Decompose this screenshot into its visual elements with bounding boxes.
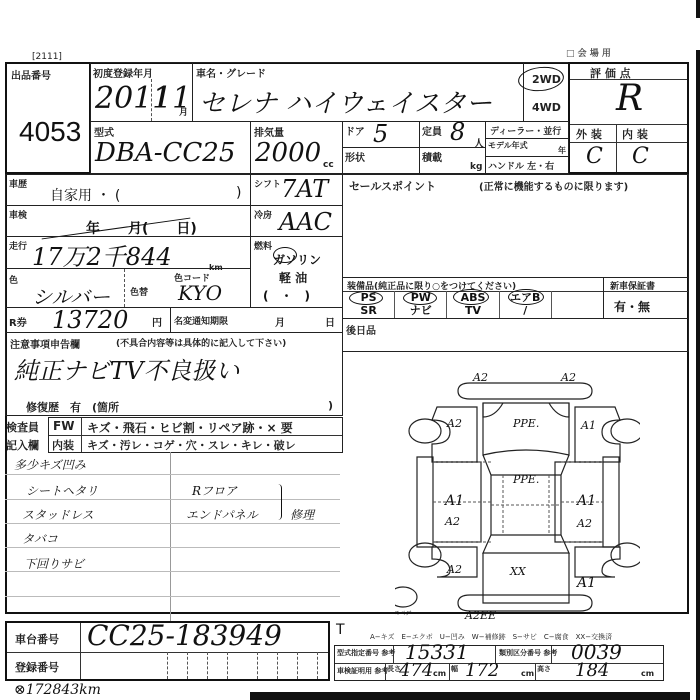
svg-text:A1: A1 xyxy=(575,575,596,591)
history-value: 自家用 ・ ( xyxy=(50,185,120,205)
note-suffix: 修理 xyxy=(290,506,314,523)
interior-label: 内 装 xyxy=(622,126,648,142)
lot-number-label: 出品番号 xyxy=(11,67,51,82)
svg-text:A2: A2 xyxy=(446,417,462,430)
bottom-edge-bar xyxy=(250,692,690,700)
chassis-number: CC25-183949 xyxy=(87,619,282,652)
selected-circle xyxy=(273,247,297,263)
svg-text:スペア: スペア xyxy=(395,610,412,617)
svg-text:A2: A2 xyxy=(560,371,576,384)
drive-4wd: 4WD xyxy=(532,101,561,114)
svg-text:A2: A2 xyxy=(576,517,592,530)
equipment-box: 装備品(純正品に限り○をつけてください) PSSR PWナビ ABSTV エアB… xyxy=(342,277,604,319)
color-box: 色 シルバー 色替 色コード KYO xyxy=(5,268,251,308)
footer-mileage: ⊗172843km xyxy=(14,682,101,698)
inspection-expiry: 年 月( 日) xyxy=(86,218,197,238)
venue-use-header: □ 会 場 用 xyxy=(566,46,611,59)
interior-grade: C xyxy=(632,144,649,169)
fuel-diesel: 軽 油 xyxy=(279,269,307,286)
inspection-expiry-box: 車検 年 月( 日) xyxy=(5,205,251,237)
model-year-box: モデル年式 年 xyxy=(485,138,569,157)
svg-text:PPE.: PPE. xyxy=(512,473,539,486)
note-line: タバコ xyxy=(22,530,58,547)
model-code-label: 型式 xyxy=(94,124,114,139)
warranty-value: 有・無 xyxy=(614,298,650,315)
note-line: 多少キズ凹み xyxy=(14,456,86,473)
equipment-item: PSSR xyxy=(343,291,395,318)
model-code: DBA-CC25 xyxy=(95,138,235,168)
recycle-fee: 13720 xyxy=(52,306,128,334)
model-code-box: 型式 DBA-CC25 xyxy=(90,121,251,174)
lot-number-box: 出品番号 4053 xyxy=(5,62,91,174)
dealer-box: ディーラー・並行 xyxy=(485,121,569,139)
lot-number: 4053 xyxy=(19,116,81,148)
fw-items: キズ・飛石・ヒビ割・リペア跡・× 要 xyxy=(87,419,293,436)
width: 172 xyxy=(465,660,499,681)
capacity: 8 xyxy=(450,118,465,146)
ac: AAC xyxy=(279,208,332,236)
interior-items: キズ・汚レ・コゲ・穴・スレ・キレ・破レ xyxy=(87,437,296,453)
equipment-item: PWナビ xyxy=(395,291,447,318)
mileage: 17万2千844 xyxy=(32,237,172,272)
after-items-box: 後日品 xyxy=(342,318,689,352)
color-code: KYO xyxy=(178,281,222,305)
svg-text:A2EE: A2EE xyxy=(464,609,496,620)
displacement-label: 排気量 xyxy=(254,124,284,139)
equipment-item: ABSTV xyxy=(447,291,499,318)
score-value: R xyxy=(616,78,643,119)
form-code: [2111] xyxy=(32,52,62,62)
mileage-box: 走行 17万2千844 km xyxy=(5,236,251,269)
car-name-label: 車名・グレード xyxy=(196,65,266,80)
recycle-box: R券 13720 円 xyxy=(5,307,171,333)
doors: 5 xyxy=(373,120,388,148)
drive-type-box: 2WD 4WD xyxy=(523,62,569,122)
first-registration-box: 初度登録年月 2011 11 月 xyxy=(90,62,193,122)
height: 184 xyxy=(575,660,609,681)
svg-text:A1: A1 xyxy=(443,493,464,509)
shift-box: シフト 7AT xyxy=(250,174,343,206)
equipment-item-empty xyxy=(552,291,603,318)
ac-box: 冷房 AAC xyxy=(250,205,343,237)
car-name-box: 車名・グレード セレナ ハイウェイスター xyxy=(192,62,524,122)
history-box: 車歴 自家用 ・ ( ) xyxy=(5,174,251,206)
shift: 7AT xyxy=(281,175,328,203)
exterior-grade: C xyxy=(586,144,603,169)
name-change-box: 名変通知期限 月 日 xyxy=(170,307,343,333)
svg-text:PPE.: PPE. xyxy=(512,417,539,430)
capacity-box: 定員 8 人 xyxy=(419,121,486,148)
svg-text:A1: A1 xyxy=(575,493,596,509)
note-line: スタッドレス xyxy=(22,506,94,523)
note-line: 下回りサビ xyxy=(24,555,84,572)
doors-box: ドア 5 xyxy=(342,121,420,148)
displacement: 2000 xyxy=(255,138,321,168)
fuel-box: 燃料 ガソリン 軽 油 ( ・ ) xyxy=(250,236,343,308)
chassis-registration-box: 車台番号 CC25-183949 登録番号 xyxy=(5,621,330,681)
spec-table: 型式指定番号 参考 15331 類別区分番号 参考 0039 車検証明用 参考 … xyxy=(334,645,664,681)
notes-value: 純正ナビTV不良扱い xyxy=(14,351,239,386)
repair-history: 修復歴 有 (箇所 xyxy=(26,399,119,415)
displacement-box: 排気量 2000 cc xyxy=(250,121,343,174)
score-box: 評 価 点 R 外 装 内 装 C C xyxy=(568,62,689,174)
steering-box: ハンドル 左・右 xyxy=(485,156,569,174)
length: 474 xyxy=(399,660,433,681)
note-line: シートヘタリ xyxy=(26,482,98,499)
svg-text:A2: A2 xyxy=(444,515,460,528)
notes-box: 注意事項申告欄 (不具合内容等は具体的に記入して下さい) 純正ナビTV不良扱い … xyxy=(5,332,343,416)
svg-text:A2: A2 xyxy=(472,371,488,384)
selected-circle xyxy=(517,65,565,94)
load-box: 積載 kg xyxy=(419,147,486,174)
warranty-box: 新車保証書 有・無 xyxy=(603,277,689,319)
exterior-label: 外 装 xyxy=(576,126,602,142)
note-line: エンドパネル xyxy=(186,506,258,523)
svg-text:XX: XX xyxy=(509,565,527,578)
equipment-item: エアB/ xyxy=(500,291,552,318)
sales-point-box: セールスポイント (正常に機能するものに限ります) xyxy=(342,174,689,278)
inspection-check-grid: FW キズ・飛石・ヒビ割・リペア跡・× 要 内装 キズ・汚レ・コゲ・穴・スレ・キ… xyxy=(48,417,343,453)
car-damage-diagram: A2A2 A2PPE.A1 PPE. A1A2 A1A2 A2XXA1 A2EE… xyxy=(395,365,640,620)
body-shape-box: 形状 xyxy=(342,147,420,174)
car-name: セレナ ハイウェイスター xyxy=(199,83,492,120)
svg-text:A1: A1 xyxy=(580,419,596,432)
note-line: Rフロア xyxy=(192,482,237,499)
svg-text:A2: A2 xyxy=(446,563,462,576)
equipment-grid: PSSR PWナビ ABSTV エアB/ xyxy=(343,291,603,318)
brace xyxy=(278,484,282,520)
first-registration-label: 初度登録年月 xyxy=(93,65,153,80)
